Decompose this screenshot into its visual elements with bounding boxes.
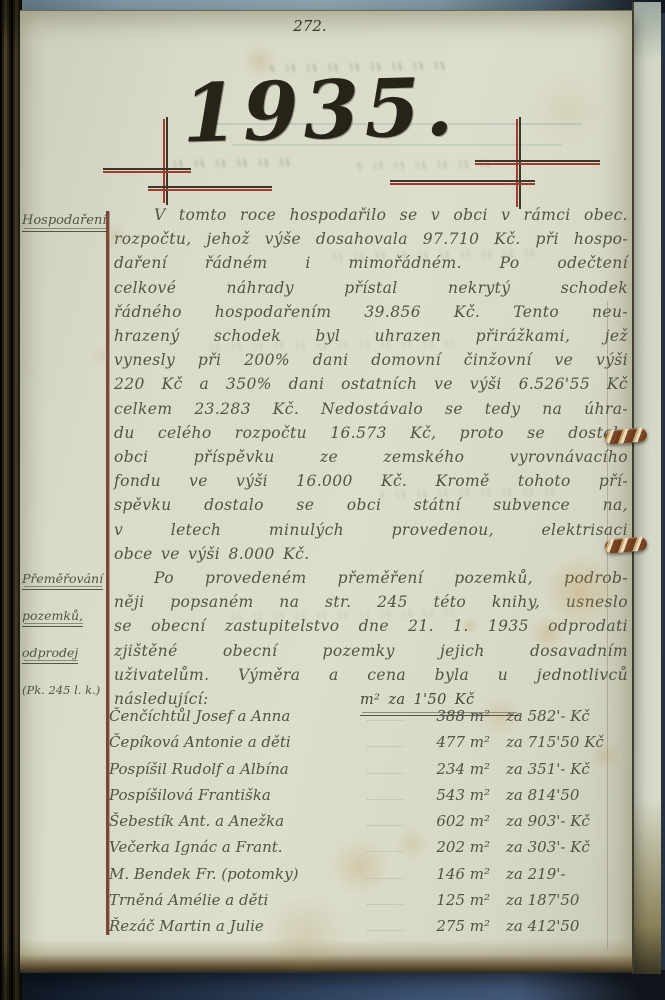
page-number: 272. bbox=[275, 17, 345, 35]
buyer-name: Pospíšil Rudolf a Albína bbox=[105, 760, 361, 778]
next-page-edge bbox=[632, 2, 661, 974]
margin-note-line: odprodej bbox=[22, 645, 78, 664]
ornament-line bbox=[103, 171, 191, 173]
area-value: 234 m² bbox=[410, 760, 490, 778]
table-row: Čenčíchtůl Josef a Anna388 m²za 582'- Kč bbox=[105, 707, 632, 733]
table-row: Večerka Ignác a Frant.202 m²za 303'- Kč bbox=[105, 838, 632, 864]
price-value: za 351'- Kč bbox=[506, 760, 632, 778]
area-value: 477 m² bbox=[410, 733, 490, 751]
margin-note-label: Hospodaření bbox=[22, 213, 107, 232]
chronicle-page: 272. 1935. Hospodaření Přeměřování pozem… bbox=[20, 10, 634, 973]
text-line: obce ve výši 8.000 Kč. bbox=[114, 542, 628, 566]
text-line: Po provedeném přeměření pozemků, podrob- bbox=[114, 566, 628, 590]
table-row: Trněná Amélie a děti125 m²za 187'50 bbox=[105, 891, 632, 917]
dot-leader bbox=[367, 773, 404, 774]
buyer-name: Pospíšilová Františka bbox=[105, 786, 361, 804]
dot-leader bbox=[367, 825, 404, 826]
main-text: V tomto roce hospodařilo se v obci v rám… bbox=[114, 203, 628, 711]
margin-note-hospodareni: Hospodaření bbox=[22, 213, 110, 228]
buyer-name: Trněná Amélie a děti bbox=[105, 891, 361, 909]
buyer-name: Večerka Ignác a Frant. bbox=[105, 838, 361, 856]
text-line: uživatelům. Výměra a cena byla u jednotl… bbox=[114, 663, 628, 687]
text-line: v letech minulých provedenou, elektrisac… bbox=[114, 518, 628, 542]
text-line: něji popsaném na str. 245 této knihy, us… bbox=[114, 590, 628, 614]
ornament-line bbox=[166, 117, 168, 205]
area-value: 388 m² bbox=[410, 707, 490, 725]
text-line: daření řádném i mimořádném. Po odečtení bbox=[114, 251, 628, 275]
final-line-text: následující: bbox=[114, 690, 209, 708]
ornament-line bbox=[148, 189, 272, 191]
price-value: za 582'- Kč bbox=[506, 707, 632, 725]
text-line: fondu ve výši 16.000 Kč. Kromě tohoto př… bbox=[114, 469, 628, 493]
text-line: celkové náhrady přístal nekrytý schodek bbox=[114, 276, 628, 300]
margin-note-premerovani: Přeměřování pozemků, odprodej (Pk. 245 l… bbox=[22, 562, 114, 706]
margin-note-line: Přeměřování bbox=[22, 571, 103, 590]
land-sales-table: Čenčíchtůl Josef a Anna388 m²za 582'- Kč… bbox=[105, 707, 632, 944]
area-value: 146 m² bbox=[410, 865, 490, 883]
buyer-name: Šebestík Ant. a Anežka bbox=[105, 812, 361, 830]
dot-leader bbox=[367, 904, 404, 905]
text-line: vynesly při 200% dani domovní činžovní v… bbox=[114, 348, 628, 372]
price-value: za 219'- bbox=[506, 865, 632, 883]
area-value: 125 m² bbox=[410, 891, 490, 909]
text-line: 220 Kč a 350% dani ostatních ve výši 6.5… bbox=[114, 372, 628, 396]
ornament-line bbox=[390, 183, 535, 185]
dot-leader bbox=[367, 930, 404, 931]
table-row: Pospíšil Rudolf a Albína234 m²za 351'- K… bbox=[105, 760, 632, 786]
book-binding-edge bbox=[0, 0, 22, 1000]
area-value: 602 m² bbox=[410, 812, 490, 830]
buyer-name: Čepíková Antonie a děti bbox=[105, 733, 361, 751]
price-value: za 715'50 Kč bbox=[506, 733, 632, 751]
page-bottom-edge-shadow bbox=[20, 939, 632, 973]
price-value: za 303'- Kč bbox=[506, 838, 632, 856]
price-value: za 412'50 bbox=[506, 917, 632, 935]
dot-leader bbox=[367, 746, 404, 747]
price-value: za 903'- Kč bbox=[506, 812, 632, 830]
dot-leader bbox=[367, 851, 404, 852]
text-line: rozpočtu, jehož výše dosahovala 97.710 K… bbox=[114, 227, 628, 251]
buyer-name: Řezáč Martin a Julie bbox=[105, 917, 361, 935]
text-line: V tomto roce hospodařilo se v obci v rám… bbox=[114, 203, 628, 227]
area-value: 275 m² bbox=[410, 917, 490, 935]
table-background-bottom bbox=[0, 970, 665, 1000]
text-line: se obecní zastupitelstvo dne 21. 1. 1935… bbox=[114, 614, 628, 638]
buyer-name: M. Bendek Fr. (potomky) bbox=[105, 865, 361, 883]
text-line: zjištěné obecní pozemky jejich dosavadní… bbox=[114, 639, 628, 663]
area-value: 202 m² bbox=[410, 838, 490, 856]
table-row: M. Bendek Fr. (potomky)146 m²za 219'- bbox=[105, 865, 632, 891]
ornament-line bbox=[390, 180, 535, 182]
ornament-line bbox=[475, 160, 600, 162]
dot-leader bbox=[367, 799, 404, 800]
text-line: du celého rozpočtu 16.573 Kč, proto se d… bbox=[114, 421, 628, 445]
buyer-name: Čenčíchtůl Josef a Anna bbox=[105, 707, 361, 725]
area-value: 543 m² bbox=[410, 786, 490, 804]
margin-note-line: pozemků, bbox=[22, 608, 83, 627]
text-line: spěvku dostalo se obci státní subvence n… bbox=[114, 493, 628, 517]
text-line: obci příspěvku ze zemského vyrovnávacího bbox=[114, 445, 628, 469]
photo-of-chronicle-page: { "page": { "number": "272.", "year_titl… bbox=[0, 0, 665, 1000]
table-row: Pospíšilová Františka543 m²za 814'50 bbox=[105, 786, 632, 812]
table-row: Šebestík Ant. a Anežka602 m²za 903'- Kč bbox=[105, 812, 632, 838]
price-value: za 187'50 bbox=[506, 891, 632, 909]
text-line: řádného hospodařením 39.856 Kč. Tento ne… bbox=[114, 300, 628, 324]
ornament-line bbox=[475, 163, 600, 165]
table-row: Čepíková Antonie a děti477 m²za 715'50 K… bbox=[105, 733, 632, 759]
ornament-line bbox=[103, 168, 191, 170]
year-heading: 1935. bbox=[179, 63, 461, 157]
dot-leader bbox=[367, 720, 404, 721]
text-line: celkem 23.283 Kč. Nedostávalo se tedy na… bbox=[114, 397, 628, 421]
dot-leader bbox=[367, 878, 404, 879]
ornament-line bbox=[148, 186, 272, 188]
margin-note-reference: (Pk. 245 l. k.) bbox=[22, 683, 100, 697]
text-line: hrazený schodek byl uhrazen přirážkami, … bbox=[114, 324, 628, 348]
price-value: za 814'50 bbox=[506, 786, 632, 804]
